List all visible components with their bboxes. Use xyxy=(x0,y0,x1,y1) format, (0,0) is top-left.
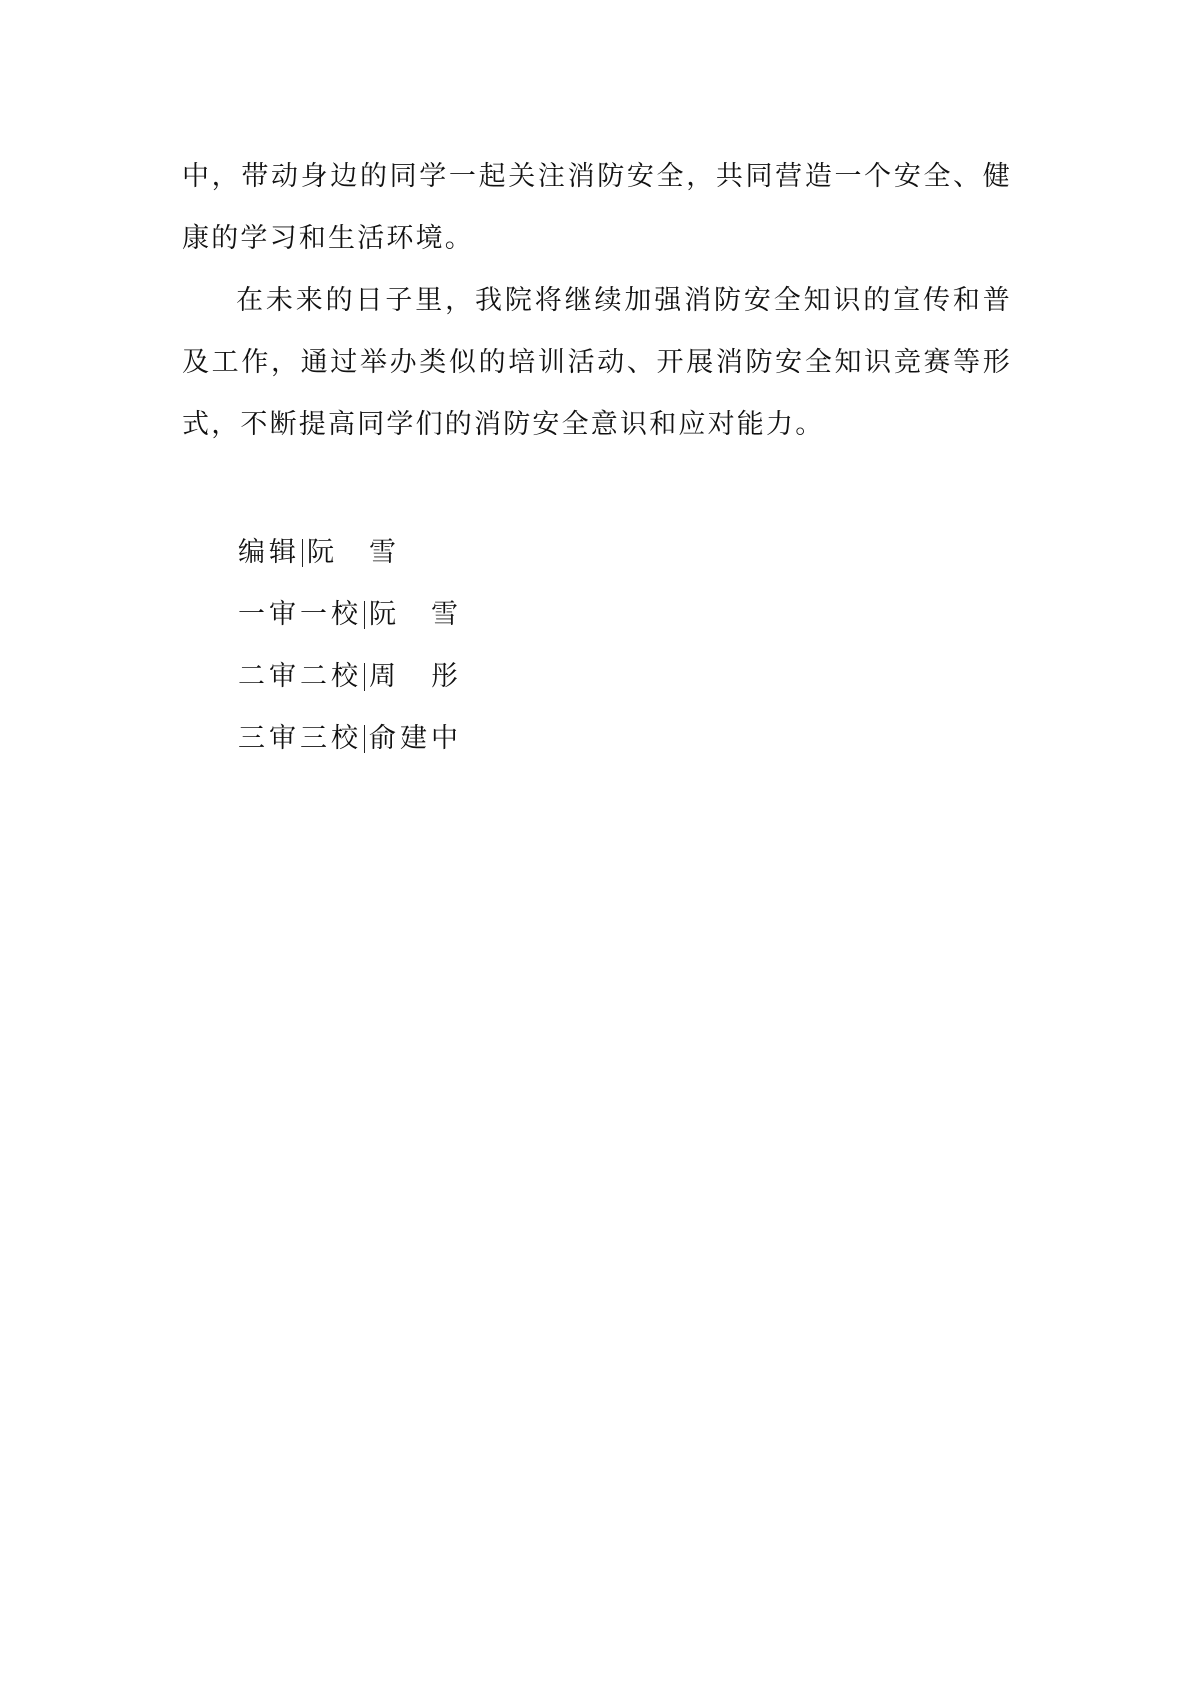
separator-bar xyxy=(302,539,303,567)
credit-role: 三审三校 xyxy=(238,708,362,770)
separator-bar xyxy=(364,725,365,753)
credit-role: 一审一校 xyxy=(238,584,362,646)
paragraph-continuation: 中，带动身边的同学一起关注消防安全，共同营造一个安全、健康的学习和生活环境。 xyxy=(182,146,1012,270)
credit-name: 周 彤 xyxy=(369,646,462,708)
credit-editor: 编辑阮 雪 xyxy=(238,522,462,584)
editorial-credits: 编辑阮 雪 一审一校阮 雪 二审二校周 彤 三审三校俞建中 xyxy=(238,522,462,770)
paragraph-future-plans: 在未来的日子里，我院将继续加强消防安全知识的宣传和普及工作，通过举办类似的培训活… xyxy=(182,270,1012,456)
credit-name: 阮 雪 xyxy=(307,522,400,584)
credit-name: 阮 雪 xyxy=(369,584,462,646)
credit-role: 二审二校 xyxy=(238,646,362,708)
credit-name: 俞建中 xyxy=(369,708,462,770)
credit-third-review: 三审三校俞建中 xyxy=(238,708,462,770)
credit-role: 编辑 xyxy=(238,522,300,584)
separator-bar xyxy=(364,601,365,629)
credit-second-review: 二审二校周 彤 xyxy=(238,646,462,708)
separator-bar xyxy=(364,663,365,691)
document-page: 中，带动身边的同学一起关注消防安全，共同营造一个安全、健康的学习和生活环境。 在… xyxy=(0,0,1191,1684)
credit-first-review: 一审一校阮 雪 xyxy=(238,584,462,646)
